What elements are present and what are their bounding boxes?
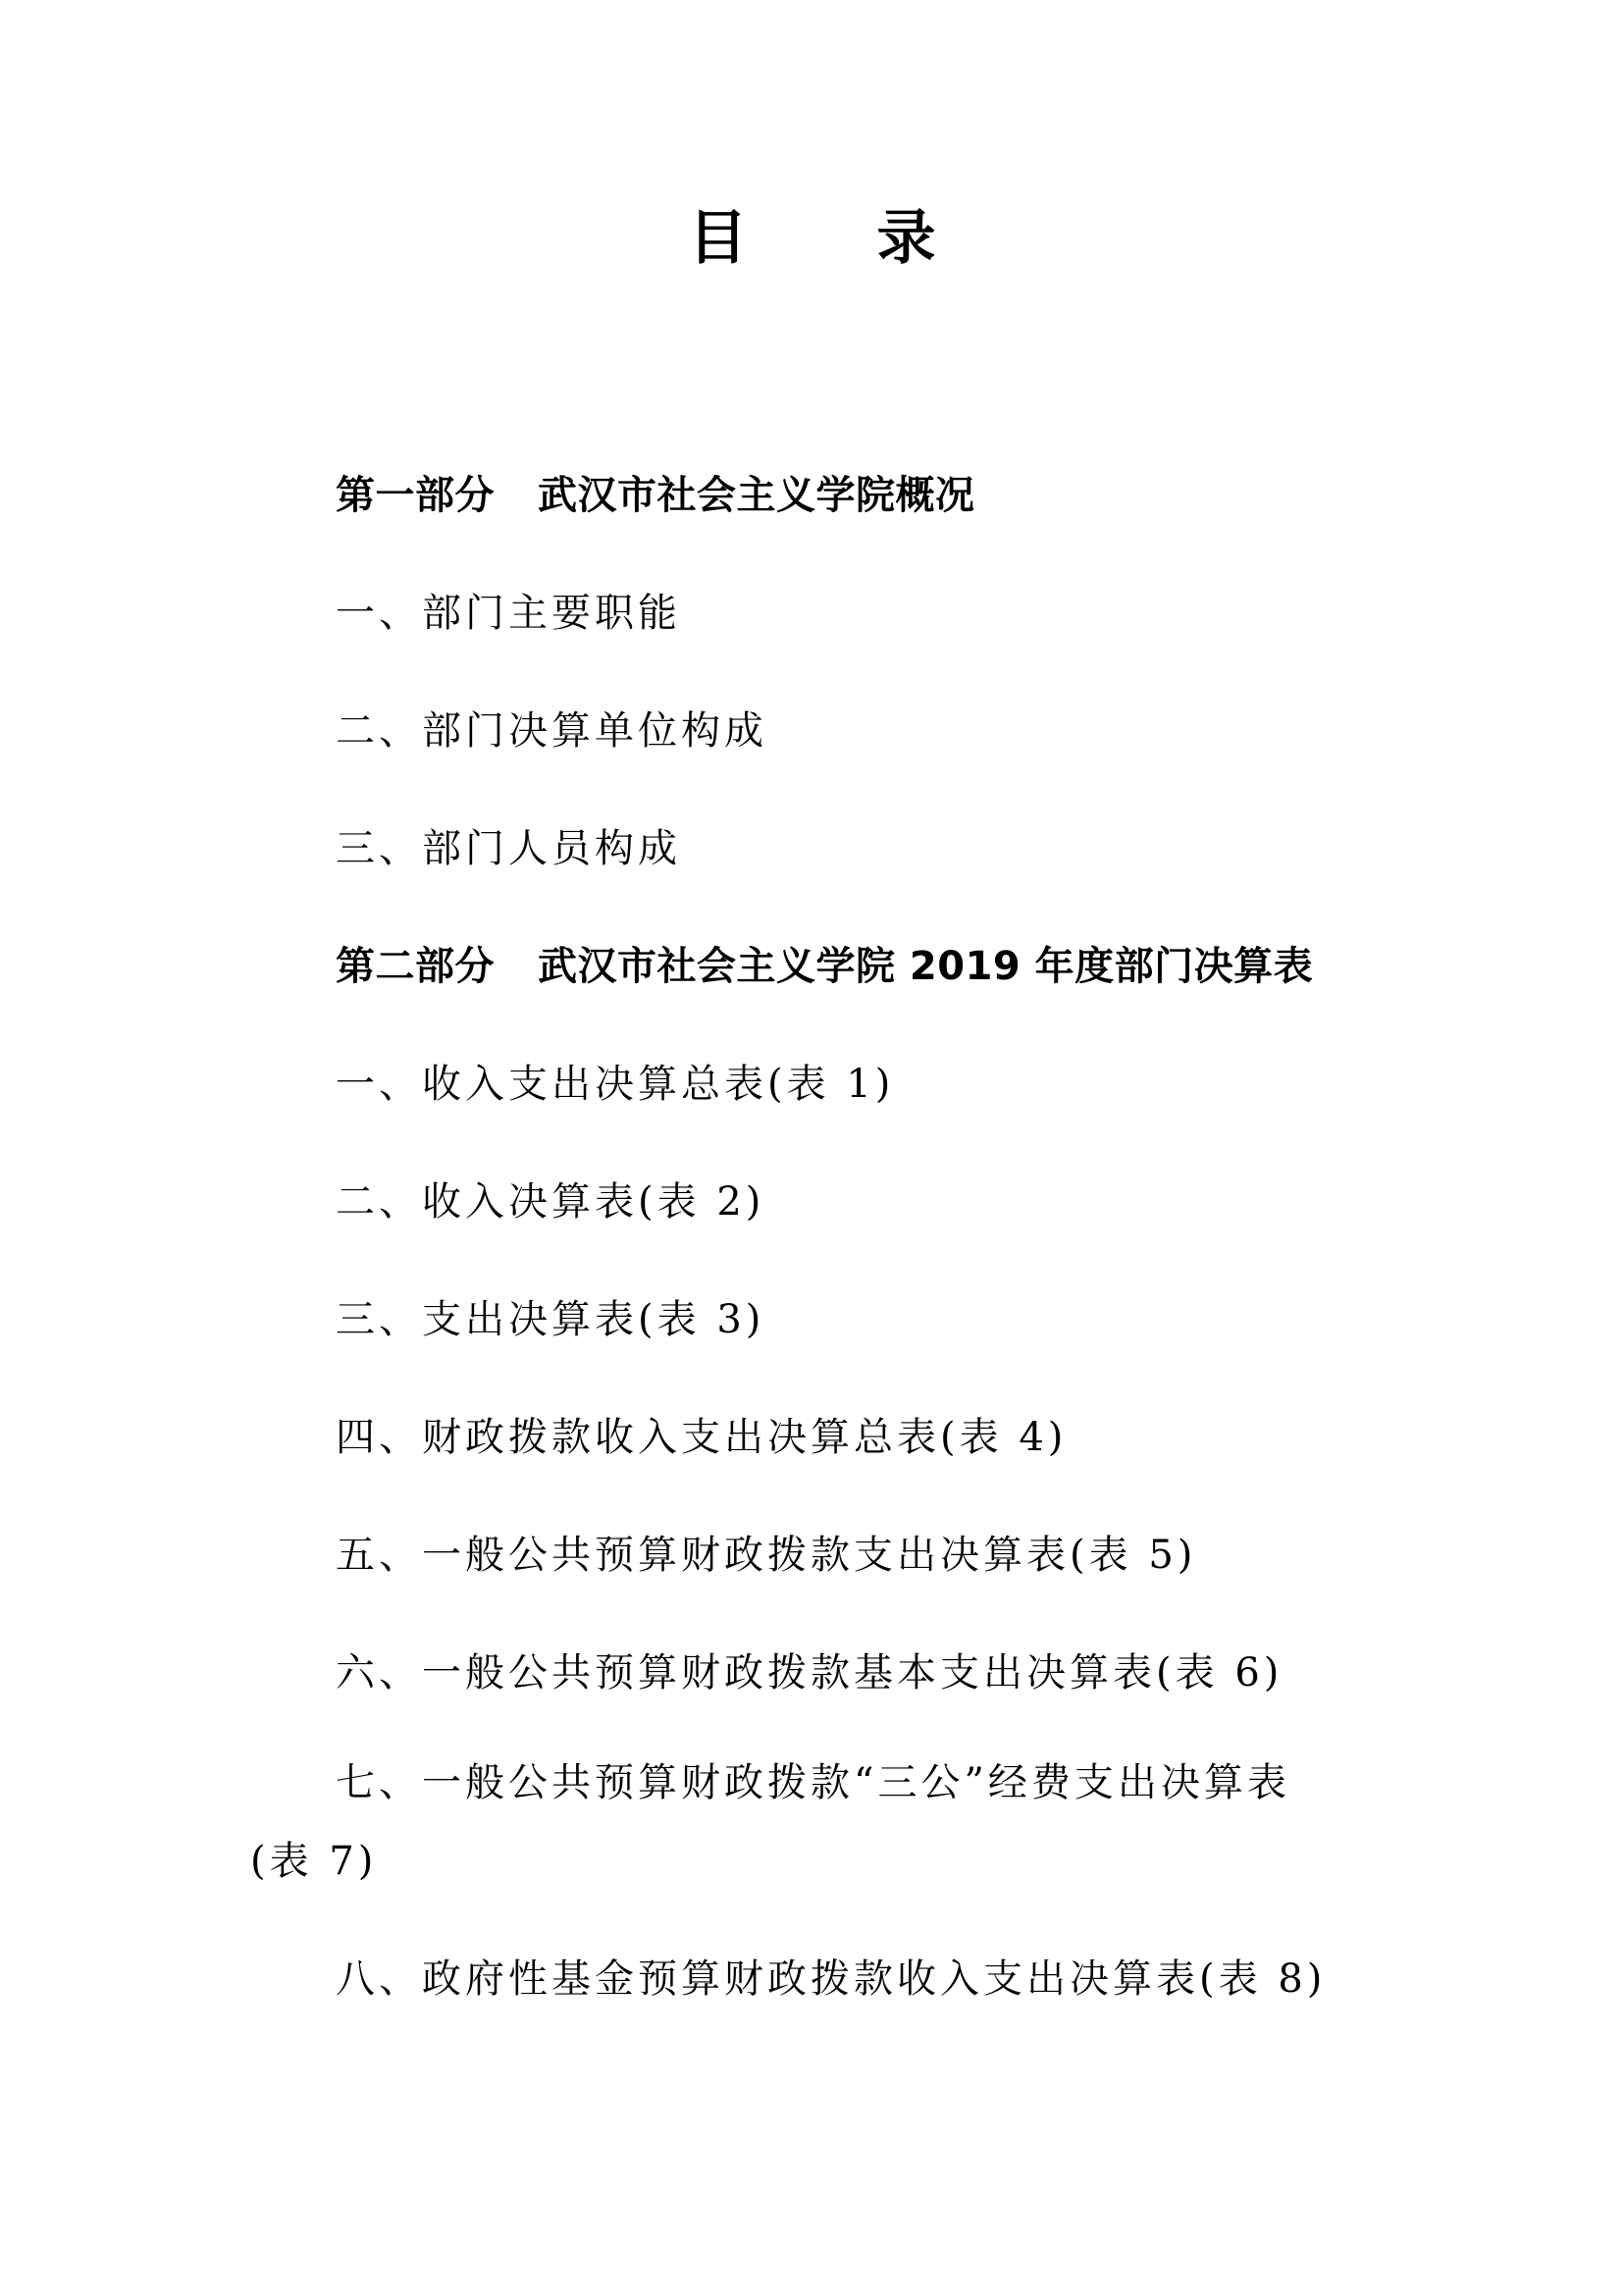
document-page: 目录 第一部分武汉市社会主义学院概况 一、部门主要职能 二、部门决算单位构成 三… xyxy=(0,0,1624,2295)
toc-item[interactable]: 五、一般公共预算财政拨款支出决算表(表 5) xyxy=(250,1516,1196,1594)
toc-item[interactable]: 四、财政拨款收入支出决算总表(表 4) xyxy=(250,1398,1067,1477)
toc-item[interactable]: 七、一般公共预算财政拨款“三公”经费支出决算表 xyxy=(250,1744,1290,1822)
part-label: 第二部分 xyxy=(336,944,495,989)
toc-item[interactable]: 八、政府性基金预算财政拨款收入支出决算表(表 8) xyxy=(250,1940,1326,2018)
title-char-1: 目 xyxy=(689,201,748,276)
toc-item[interactable]: 三、支出决算表(表 3) xyxy=(250,1280,764,1359)
toc-item[interactable]: 六、一般公共预算财政拨款基本支出决算表(表 6) xyxy=(250,1634,1283,1712)
toc-item[interactable]: 一、部门主要职能 xyxy=(250,574,681,652)
part-title: 武汉市社会主义学院概况 xyxy=(538,473,975,518)
toc-item[interactable]: 二、收入决算表(表 2) xyxy=(250,1163,764,1241)
part-title: 武汉市社会主义学院 2019 年度部门决算表 xyxy=(538,944,1313,989)
toc-item[interactable]: 三、部门人员构成 xyxy=(250,809,681,888)
toc-item-wrap[interactable]: (表 7) xyxy=(250,1822,377,1901)
page-title: 目录 xyxy=(0,201,1624,276)
toc-part-2-heading[interactable]: 第二部分武汉市社会主义学院 2019 年度部门决算表 xyxy=(250,927,1313,1006)
title-char-2: 录 xyxy=(877,201,936,276)
part-label: 第一部分 xyxy=(336,473,495,518)
toc-item[interactable]: 一、收入支出决算总表(表 1) xyxy=(250,1045,894,1123)
toc-part-1-heading[interactable]: 第一部分武汉市社会主义学院概况 xyxy=(250,456,975,535)
toc-item[interactable]: 二、部门决算单位构成 xyxy=(250,692,767,770)
